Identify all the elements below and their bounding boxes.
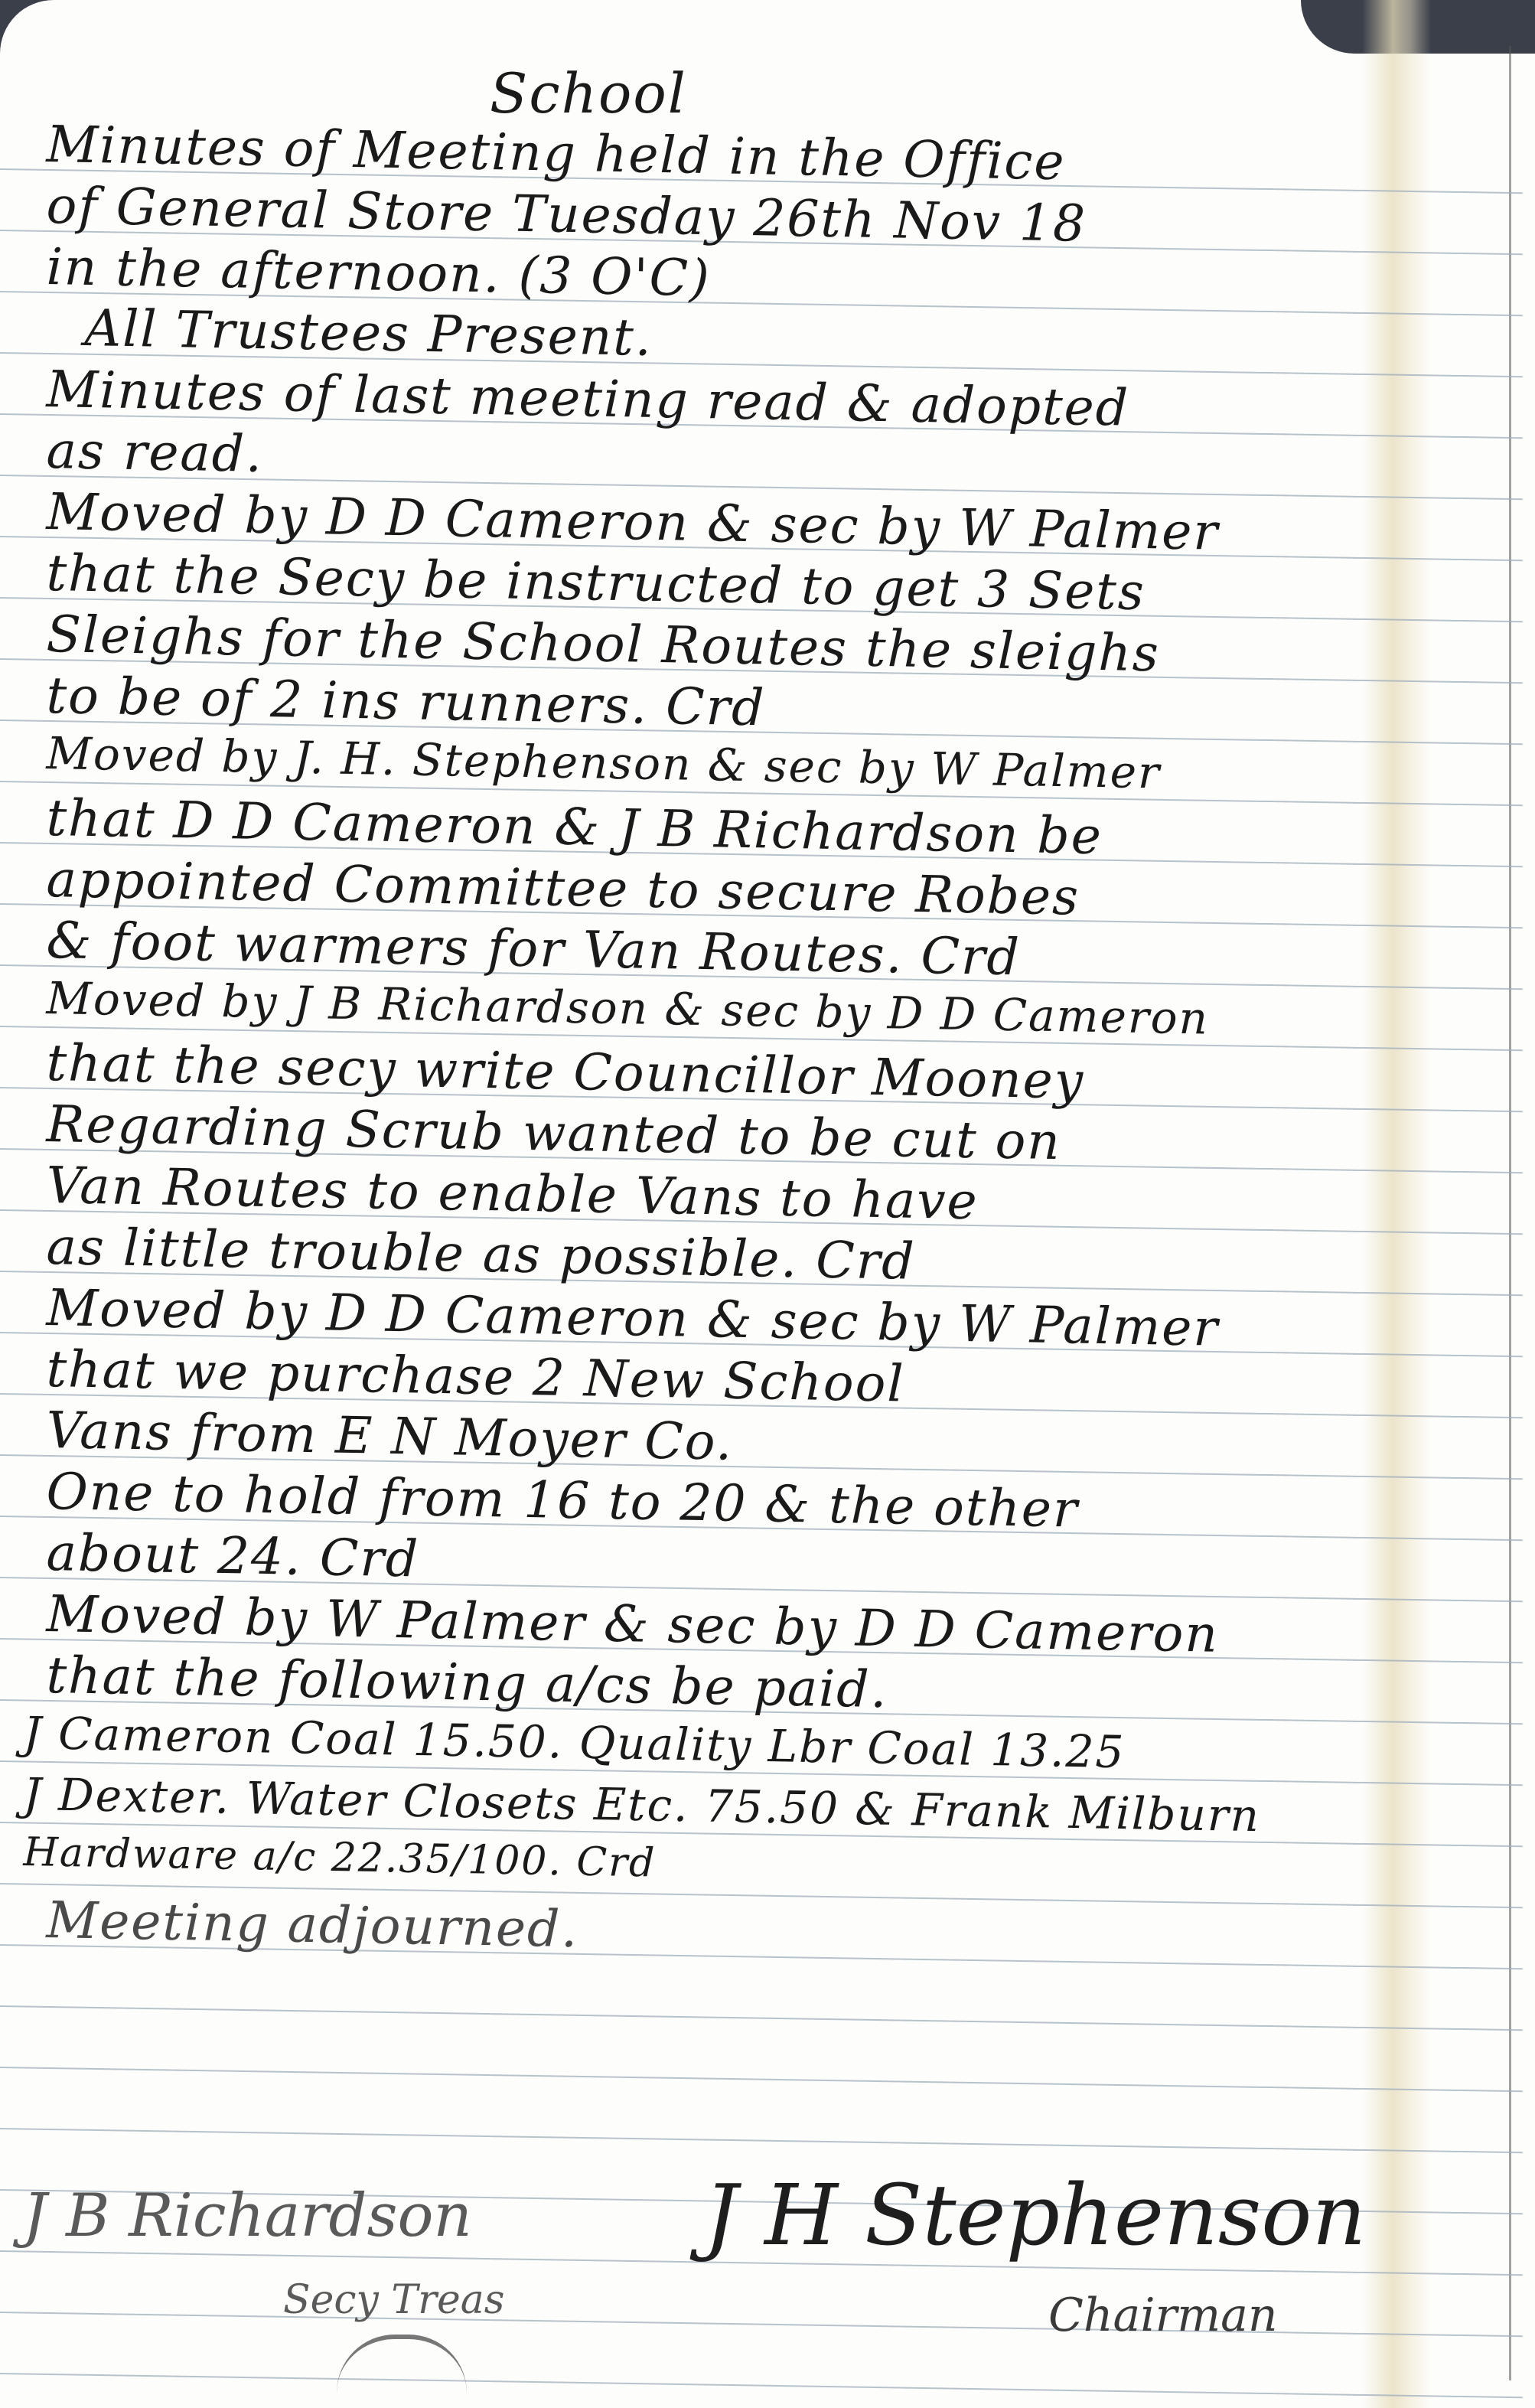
minutes-line: Vans from E N Moyer Co. <box>46 1401 734 1472</box>
chairman-signature: J H Stephenson <box>704 2166 1366 2264</box>
heading-insert: School <box>490 61 687 126</box>
page-corner-shadow <box>0 0 69 54</box>
secretary-title: Secy Treas <box>283 2277 504 2323</box>
binding-stain <box>1362 0 1431 2408</box>
chairman-title: Chairman <box>1048 2289 1278 2342</box>
minutes-line: All Trustees Present. <box>84 299 653 367</box>
minutes-line: Meeting adjourned. <box>46 1891 579 1959</box>
minutes-line: about 24. Crd <box>46 1523 420 1588</box>
minutes-line: as read. <box>46 421 264 484</box>
minutes-line: to be of 2 ins runners. Crd <box>46 666 766 737</box>
minutes-line: in the afternoon. (3 O'C) <box>46 237 711 308</box>
secretary-signature: J B Richardson <box>23 2181 472 2250</box>
